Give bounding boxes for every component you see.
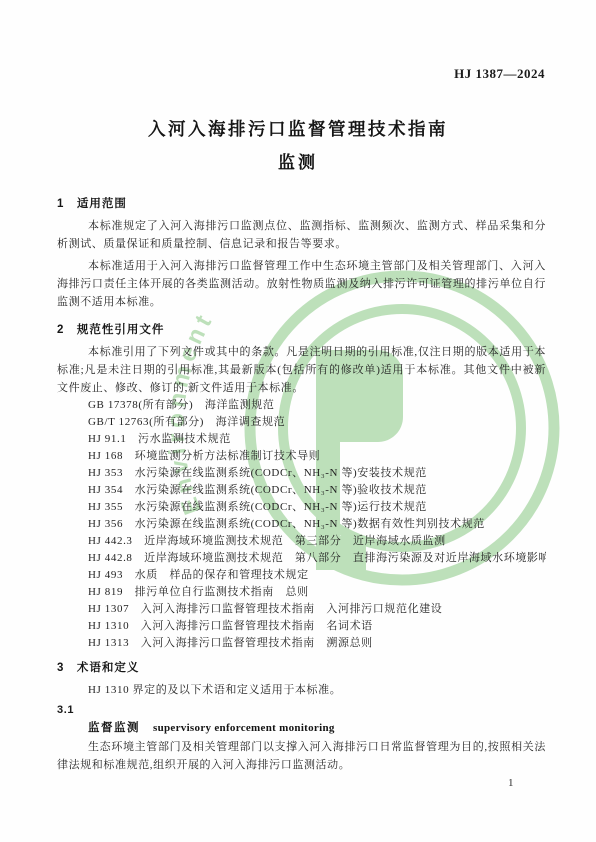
term-line: 监督监测supervisory enforcement monitoring xyxy=(57,719,546,737)
term-definition: 生态环境主管部门及相关管理部门以支撑入河入海排污口日常监督管理为目的,按照相关法… xyxy=(57,738,546,774)
reference-item: GB 17378(所有部分) 海洋监测规范 xyxy=(57,397,546,414)
document-page: Environment HJ 1387—2024 入河入海排污口监督管理技术指南… xyxy=(0,0,596,842)
section-2-heading: 2 规范性引用文件 xyxy=(57,321,546,339)
section-2-intro: 本标准引用了下列文件或其中的条款。凡是注明日期的引用标准,仅注日期的版本适用于本… xyxy=(57,343,546,397)
reference-item: HJ 1310 入河入海排污口监督管理技术指南 名词术语 xyxy=(57,618,546,635)
reference-item: GB/T 12763(所有部分) 海洋调查规范 xyxy=(57,414,546,431)
section-3-heading: 3 术语和定义 xyxy=(57,659,546,677)
reference-item: HJ 442.3 近岸海域环境监测技术规范 第三部分 近岸海域水质监测 xyxy=(57,533,546,550)
reference-item: HJ 354 水污染源在线监测系统(CODCr、NH₃-N 等)验收技术规范 xyxy=(57,482,546,499)
clause-number: 3.1 xyxy=(57,701,546,719)
term-chinese: 监督监测 xyxy=(88,722,140,734)
reference-item: HJ 356 水污染源在线监测系统(CODCr、NH₃-N 等)数据有效性判别技… xyxy=(57,516,546,533)
section-1-paragraph-1: 本标准规定了入河入海排污口监测点位、监测指标、监测频次、监测方式、样品采集和分析… xyxy=(57,217,546,253)
doc-title-line1: 入河入海排污口监督管理技术指南 xyxy=(0,116,596,141)
reference-item: HJ 355 水污染源在线监测系统(CODCr、NH₃-N 等)运行技术规范 xyxy=(57,499,546,516)
doc-title-line2: 监测 xyxy=(0,148,596,173)
reference-item: HJ 819 排污单位自行监测技术指南 总则 xyxy=(57,584,546,601)
reference-item: HJ 168 环境监测分析方法标准制订技术导则 xyxy=(57,448,546,465)
reference-item: HJ 353 水污染源在线监测系统(CODCr、NH₃-N 等)安装技术规范 xyxy=(57,465,546,482)
reference-item: HJ 442.8 近岸海域环境监测技术规范 第八部分 直排海污染源及对近岸海域水… xyxy=(57,550,546,567)
section-1-paragraph-2: 本标准适用于入河入海排污口监督管理工作中生态环境主管部门及相关管理部门、入河入海… xyxy=(57,257,546,311)
page-number: 1 xyxy=(508,777,514,789)
term-english: supervisory enforcement monitoring xyxy=(153,722,335,734)
reference-item: HJ 1313 入河入海排污口监督管理技术指南 溯源总则 xyxy=(57,635,546,652)
normative-references-list: GB 17378(所有部分) 海洋监测规范 GB/T 12763(所有部分) 海… xyxy=(57,397,546,652)
reference-item: HJ 493 水质 样品的保存和管理技术规定 xyxy=(57,567,546,584)
section-1-heading: 1 适用范围 xyxy=(57,195,546,213)
reference-item: HJ 1307 入河入海排污口监督管理技术指南 入河排污口规范化建设 xyxy=(57,601,546,618)
document-body: 1 适用范围 本标准规定了入河入海排污口监测点位、监测指标、监测频次、监测方式、… xyxy=(57,195,546,774)
doc-title: 入河入海排污口监督管理技术指南 监测 xyxy=(0,116,596,173)
doc-number: HJ 1387—2024 xyxy=(454,66,545,82)
reference-item: HJ 91.1 污水监测技术规范 xyxy=(57,431,546,448)
section-3-intro: HJ 1310 界定的及以下术语和定义适用于本标准。 xyxy=(57,681,546,699)
